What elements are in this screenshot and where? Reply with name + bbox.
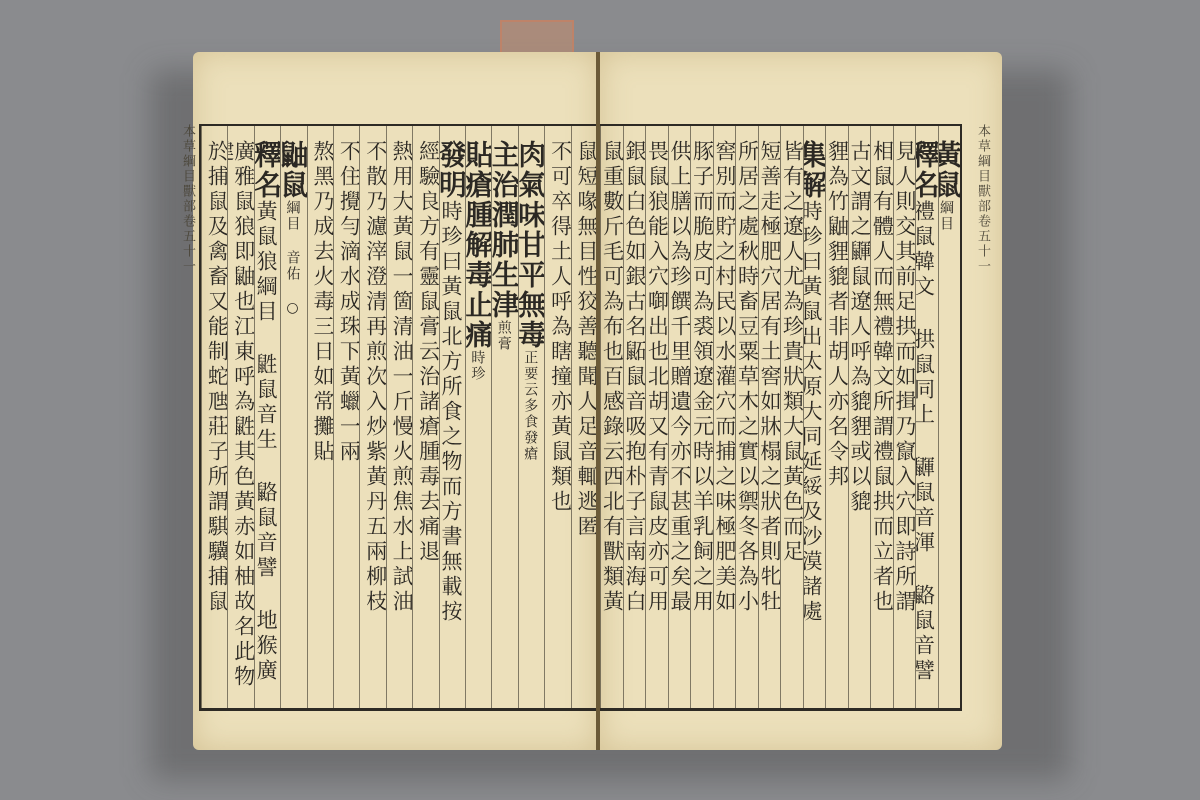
text-column: 鼬鼠綱目 音佑 ○ (280, 126, 306, 708)
text-column: 見人則交其前足拱而如揖乃竄入穴即詩所謂 (893, 126, 916, 708)
text-column: 相鼠有體人而無禮韓文所謂禮鼠拱而立者也 (870, 126, 893, 708)
text-column: 銀鼠白色如銀古名鼫鼠音吸抱朴子言南海白 (623, 126, 646, 708)
text-column: 集解時珍曰黃鼠出太原大同延綏及沙漠諸處 (803, 126, 826, 708)
text-column: 釋名黃鼠狼綱目 鼪鼠音生 䶅鼠音譬 地猴廣雅 鼠狼時珍曰按 (254, 126, 280, 708)
text-column: 經驗良方有靈鼠膏云治諸瘡腫毒去痛退 (412, 126, 438, 708)
text-column: 供上膳以為珍饌千里贈遺今亦不甚重之矣最 (668, 126, 691, 708)
text-column: 釋名禮鼠韓文 拱鼠同上 鼲鼠音渾 䶅鼠音譬 時珍曰黃鼠晴 (915, 126, 938, 708)
right-page-columns: 黃鼠綱目 釋名禮鼠韓文 拱鼠同上 鼲鼠音渾 䶅鼠音譬 時珍曰黃鼠晴 見人則交其前… (600, 126, 960, 708)
right-page-text-frame: 黃鼠綱目 釋名禮鼠韓文 拱鼠同上 鼲鼠音渾 䶅鼠音譬 時珍曰黃鼠晴 見人則交其前… (600, 124, 962, 711)
text-column: 熱用大黃鼠一箇清油一斤慢火煎焦水上試油 (386, 126, 412, 708)
text-column: 皆有之遼人尤為珍貴狀類大鼠黃色而足 (780, 126, 803, 708)
left-page-columns: 鼠短喙無目性狡善聽聞人足音輒逃匿 不可卒得土人呼為瞎撞亦黃鼠類也 肉氣味甘平無毒… (201, 126, 597, 708)
text-column: 豚子而脆皮可為裘領遼金元時以羊乳飼之用 (690, 126, 713, 708)
right-page: 本草綱目獸部卷五十一 黃鼠綱目 釋名禮鼠韓文 拱鼠同上 鼲鼠音渾 䶅鼠音譬 時珍… (600, 52, 1002, 750)
text-column: 不可卒得土人呼為瞎撞亦黃鼠類也 (544, 126, 570, 708)
text-column: 於捕鼠及禽畜又能制蛇虺莊子所謂騏驥捕鼠 (201, 126, 227, 708)
text-column: 廣雅鼠狼即鼬也江東呼為鼪其色黃赤如柚故名此物健 (227, 126, 253, 708)
text-column: 貼瘡腫解毒止痛時珍 (465, 126, 491, 708)
text-column: 鼠短喙無目性狡善聽聞人足音輒逃匿 (571, 126, 597, 708)
right-page-margin-label: 本草綱目獸部卷五十一 (974, 124, 992, 706)
text-column: 貍為竹鼬貍貔者非胡人亦名令邦 (825, 126, 848, 708)
left-page-margin-label: 本草綱目獸部卷五十一 (179, 124, 197, 706)
text-column: 短善走極肥穴居有土窖如牀榻之狀者則牝牡 (758, 126, 781, 708)
text-column: 不住攪勻滴水成珠下黃蠟一兩 (333, 126, 359, 708)
left-page-text-frame: 鼠短喙無目性狡善聽聞人足音輒逃匿 不可卒得土人呼為瞎撞亦黃鼠類也 肉氣味甘平無毒… (199, 124, 597, 711)
open-book: 本草綱目獸部卷五十一 鼠短喙無目性狡善聽聞人足音輒逃匿 不可卒得土人呼為瞎撞亦黃… (193, 52, 1002, 750)
text-column: 所居之處秋時畜豆粟草木之實以禦冬各為小 (735, 126, 758, 708)
text-column: 主治潤肺生津煎膏 (491, 126, 517, 708)
text-column: 肉氣味甘平無毒正要云多食發瘡 (518, 126, 544, 708)
text-column: 熬黑乃成去火毒三日如常攤貼 (307, 126, 333, 708)
entry-title-column: 黃鼠綱目 (938, 126, 961, 708)
text-column: 發明時珍曰黃鼠北方所食之物而方書無載按 (439, 126, 465, 708)
left-page: 本草綱目獸部卷五十一 鼠短喙無目性狡善聽聞人足音輒逃匿 不可卒得土人呼為瞎撞亦黃… (193, 52, 598, 750)
text-column: 不散乃濾滓澄清再煎次入炒紫黃丹五兩柳枝 (359, 126, 385, 708)
text-column: 窖別而貯之村民以水灌穴而捕之味極肥美如 (713, 126, 736, 708)
text-column: 畏鼠狼能入穴啣出也北胡又有青鼠皮亦可用 (645, 126, 668, 708)
text-column: 鼠重數斤毛可為布也百感錄云西北有獸類黃 (600, 126, 623, 708)
text-column: 古文謂之鼲鼠遼人呼為貔貍或以貔 (848, 126, 871, 708)
